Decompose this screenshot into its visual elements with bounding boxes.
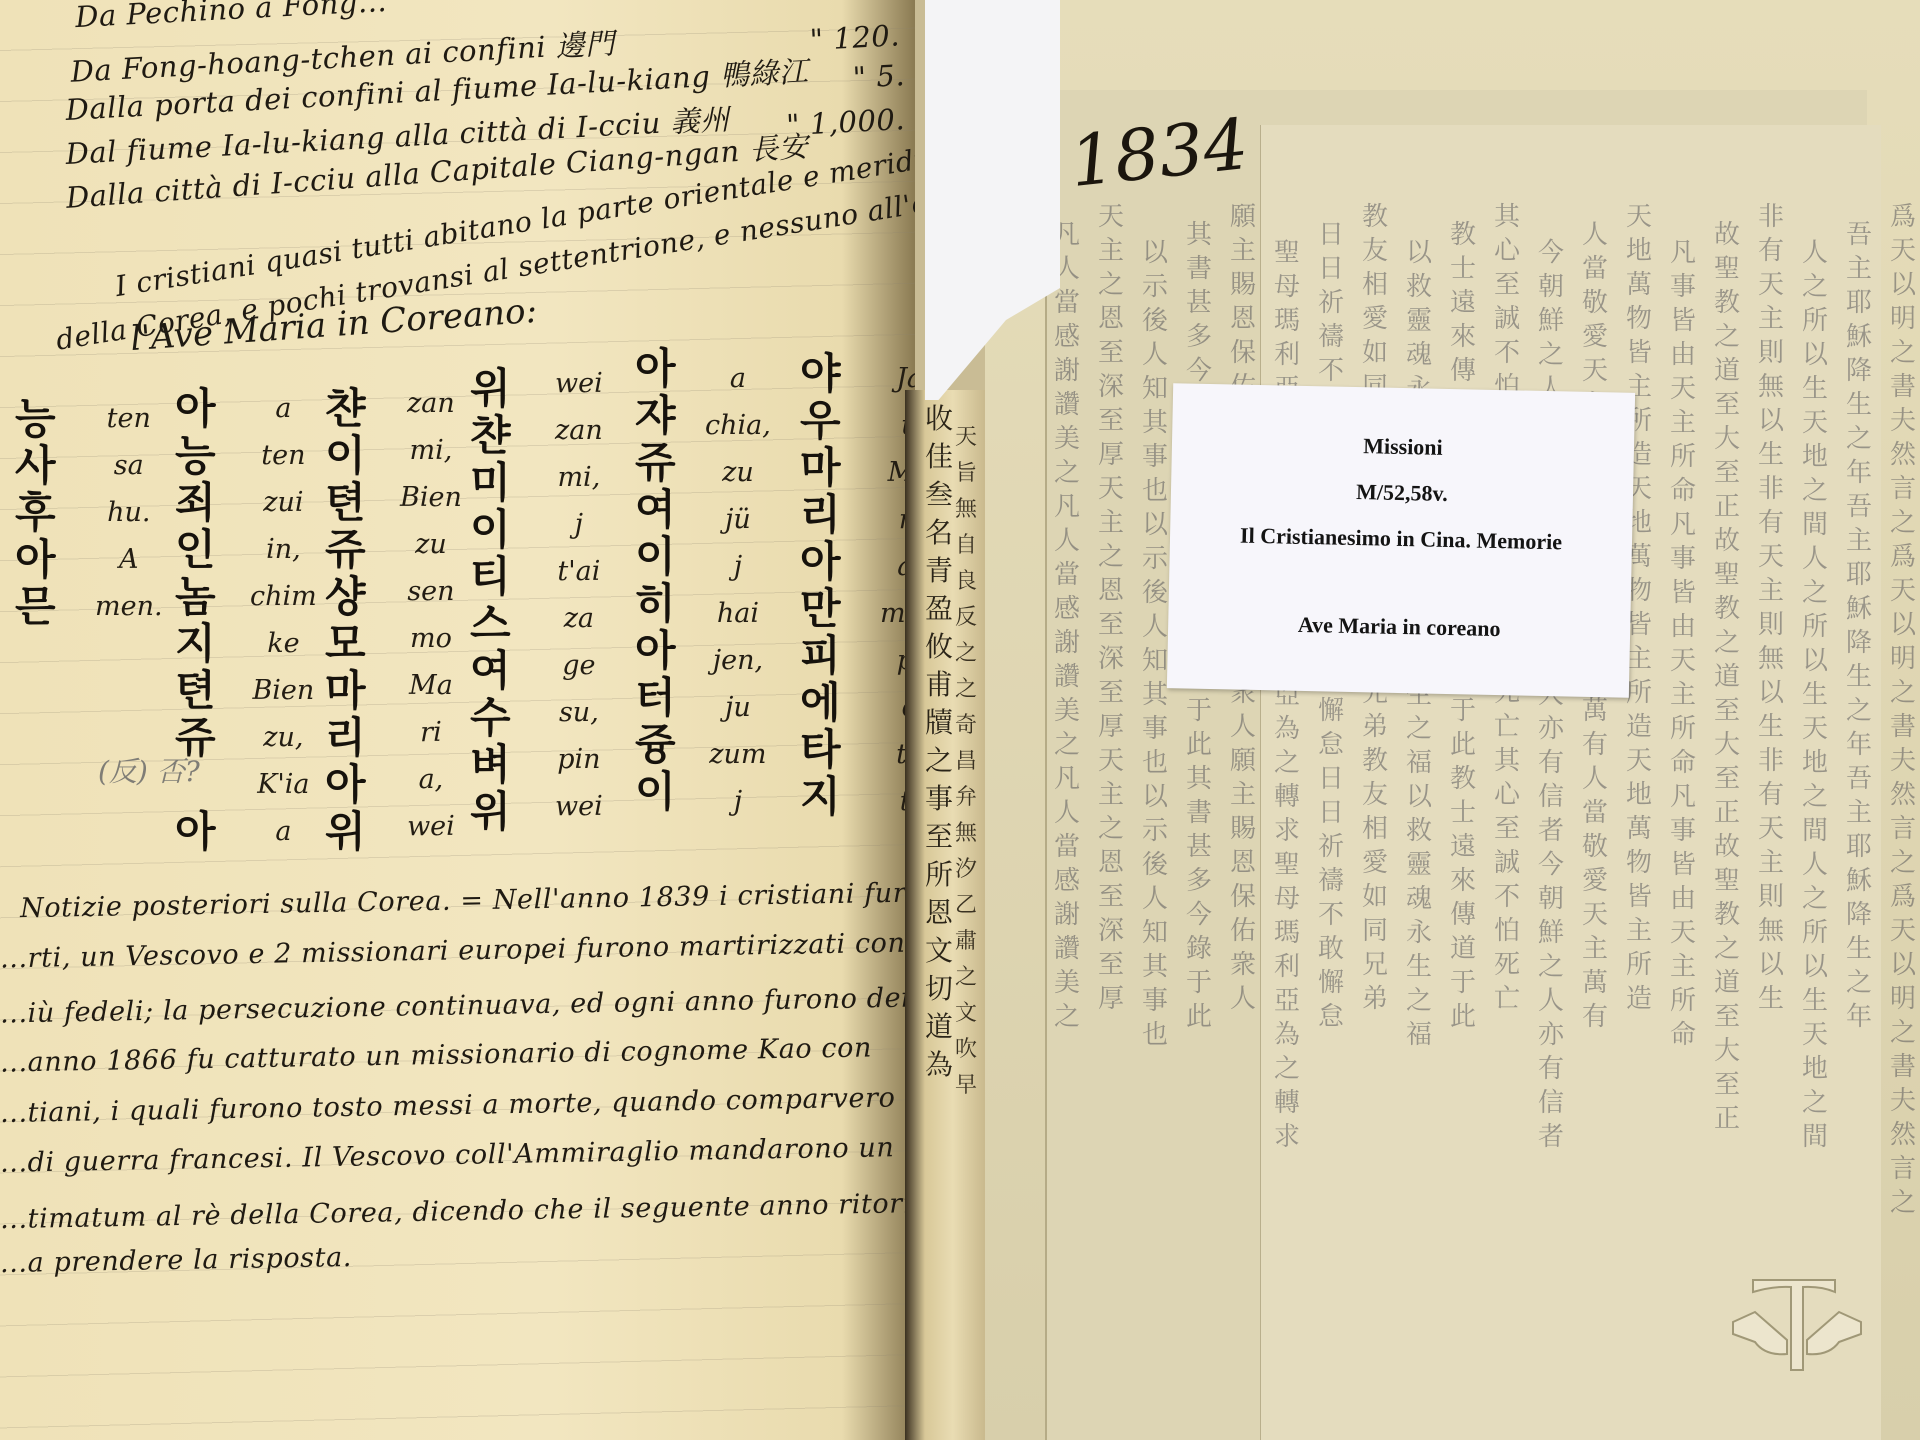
chinese-text-column: 凡人當感謝讚美之凡人當感謝讚美之凡人當感謝讚美之 bbox=[1054, 218, 1084, 1034]
romanization-column-5: atenzuiin,chimkeBienzu,K'iaa bbox=[250, 385, 317, 855]
korean-column-1: 야우마리아만피에타지 bbox=[800, 350, 841, 820]
chinese-text-column: 爲天以明之書夫然言之爲天以明之書夫然言之爲天以明之書夫然言之 bbox=[1890, 200, 1920, 1220]
romanization-column-3: weizanmi,jt'aizagesu,pinwei bbox=[555, 360, 603, 830]
label-subject: Ave Maria in coreano bbox=[1168, 609, 1630, 645]
korean-column-6: 능사후아믄 bbox=[15, 395, 56, 630]
chinese-text-column: 吾主耶穌降生之年吾主耶穌降生之年吾主耶穌降生之年 bbox=[1846, 218, 1876, 1034]
chinese-text-column: 人之所以生天地之間人之所以生天地之間人之所以生天地之間 bbox=[1802, 236, 1832, 1154]
chinese-text-column: 凡事皆由天主所命凡事皆由天主所命凡事皆由天主所命 bbox=[1670, 236, 1700, 1052]
archive-label-card: Missioni M/52,58v. Il Cristianesimo in C… bbox=[1167, 383, 1635, 698]
label-collection: Missioni bbox=[1172, 429, 1634, 465]
korean-column-4: 챤이텬쥬샹모마리아위 bbox=[325, 385, 366, 855]
korean-column-2: 아쟈쥬여이히아터즁이 bbox=[635, 345, 676, 815]
gutter-chinese-text-2: 天旨無自良反之之奇昌弁無汐乙肅之文吹早 bbox=[955, 420, 995, 1104]
chinese-text-column: 非有天主則無以生非有天主則無以生非有天主則無以生 bbox=[1758, 200, 1788, 1016]
watermark-logo-icon bbox=[1725, 1270, 1875, 1380]
romanization-column-2: achia,zujüjhaijen,juzumj bbox=[705, 355, 771, 825]
left-notebook-page: Da Pechino a Fong... Da Fong-hoang-tchen… bbox=[0, 0, 915, 1440]
korean-column-3: 위챤미이티스여수벼위 bbox=[470, 365, 511, 835]
paragraph-line: ...a prendere la risposta. bbox=[0, 1242, 352, 1279]
chinese-text-column: 天主之恩至深至厚天主之恩至深至厚天主之恩至深至厚 bbox=[1098, 200, 1128, 1016]
chinese-text-column: 故聖教之道至大至正故聖教之道至大至正故聖教之道至大至正 bbox=[1714, 218, 1744, 1136]
romanization-column-6: tensahu.Amen. bbox=[95, 395, 163, 630]
chinese-text-column: 聖母瑪利亞為之轉求聖母瑪利亞為之轉求聖母瑪利亞為之轉求 bbox=[1274, 236, 1304, 1154]
pencil-annotation: (反) 否? bbox=[98, 750, 200, 790]
romanization-column-4: zanmi,BienzusenmoMaria,wei bbox=[400, 380, 462, 850]
label-shelfmark: M/52,58v. bbox=[1171, 475, 1633, 511]
label-title: Il Cristianesimo in Cina. Memorie bbox=[1170, 521, 1632, 557]
